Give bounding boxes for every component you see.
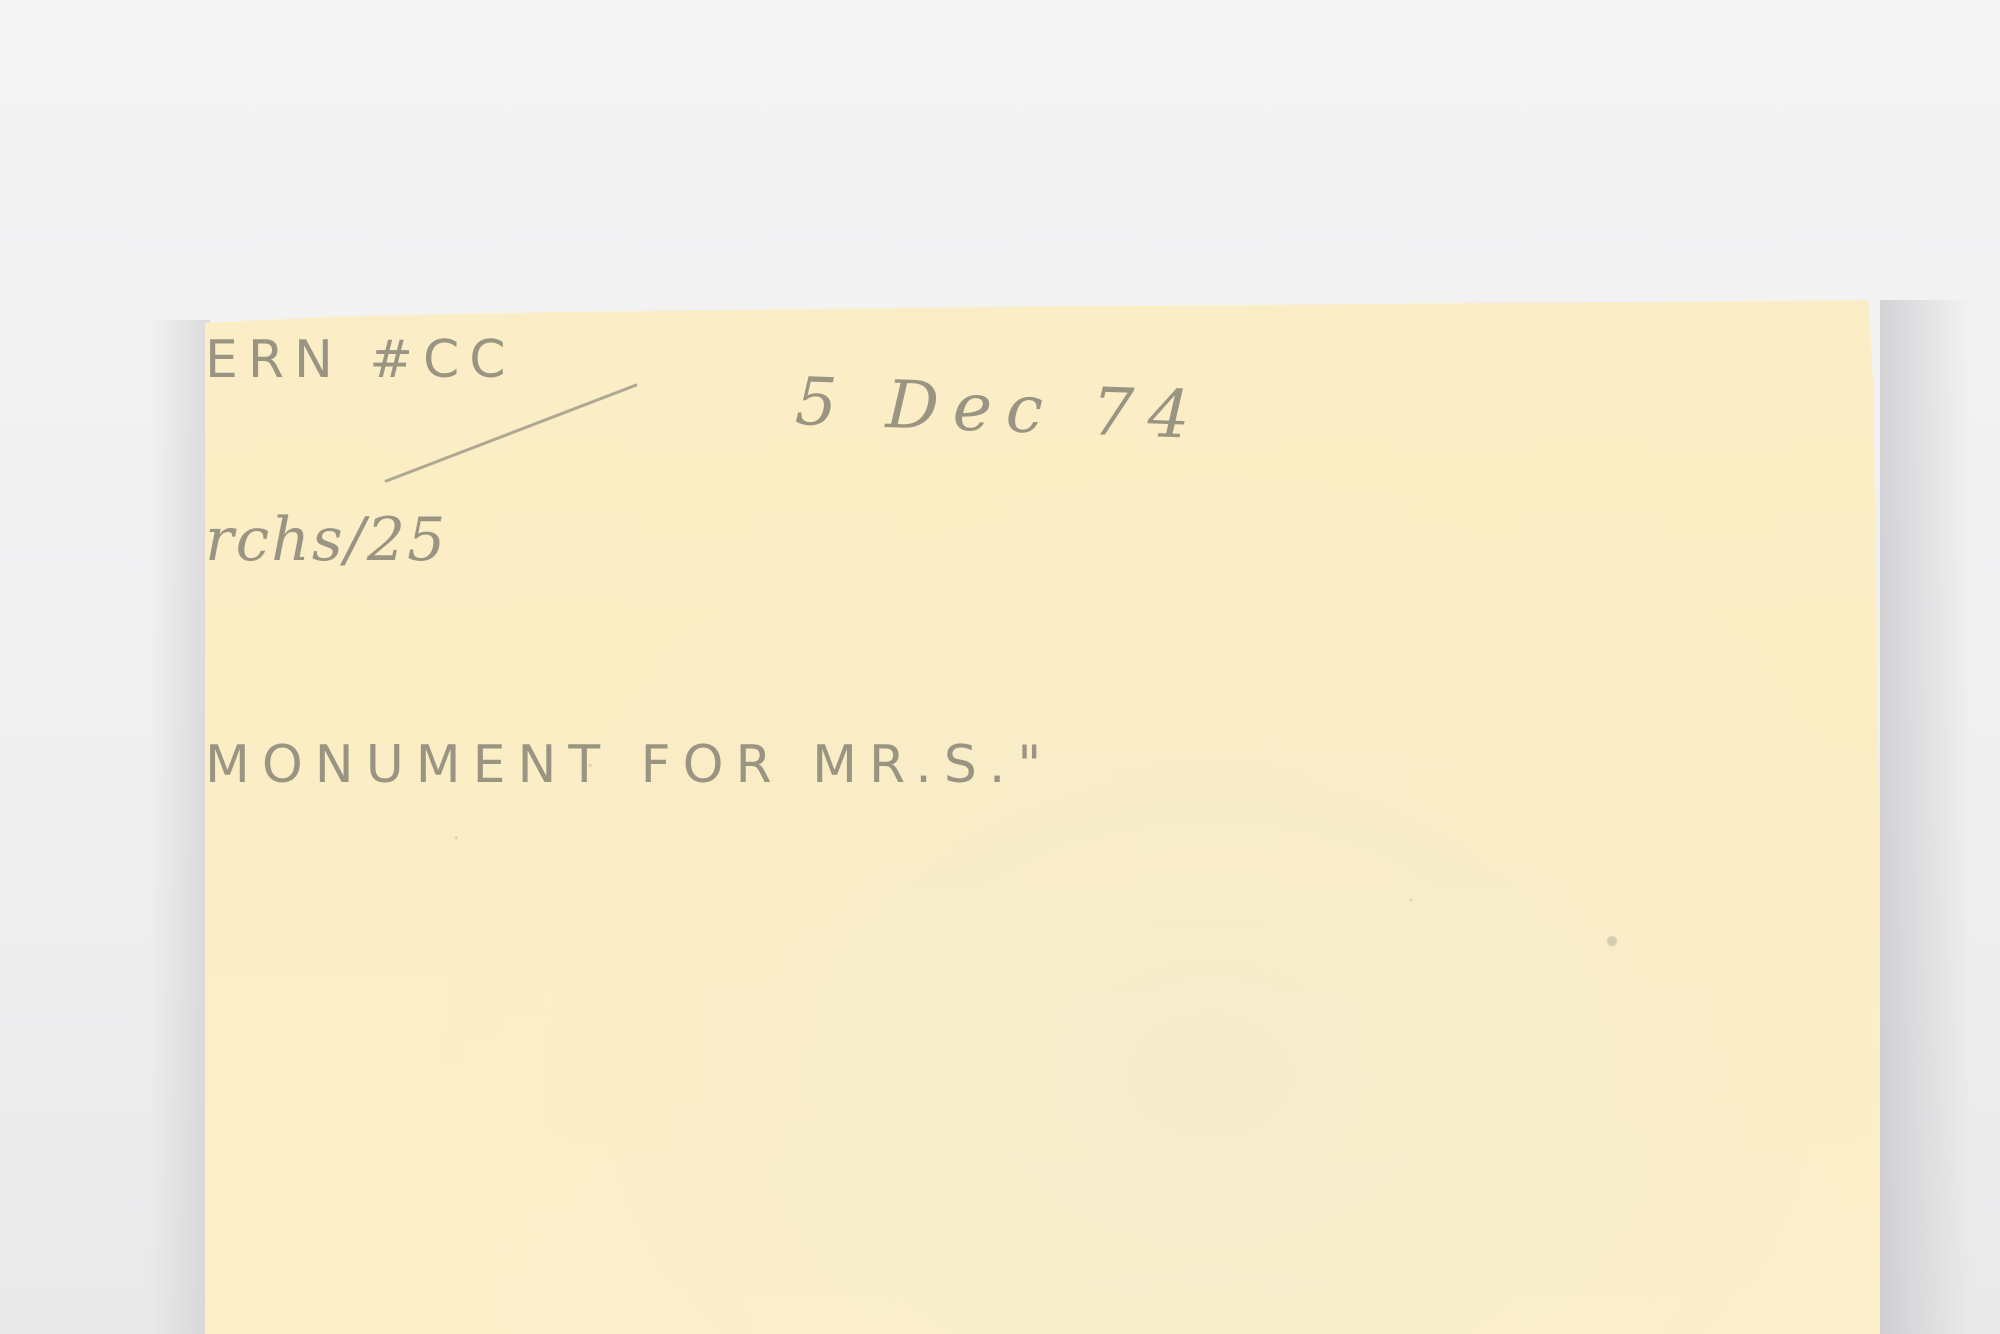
paper-shadow-left <box>150 320 210 1334</box>
paper-shadow-right <box>1880 300 1970 1334</box>
pencil-edition-inscription: rchs/25 <box>205 505 447 575</box>
pencil-title-inscription: MONUMENT FOR MR.S." <box>205 735 1053 795</box>
pencil-date-inscription: 5 Dec 74 <box>794 363 1205 454</box>
pencil-inscription-top-left: ERN #CC <box>205 330 516 390</box>
